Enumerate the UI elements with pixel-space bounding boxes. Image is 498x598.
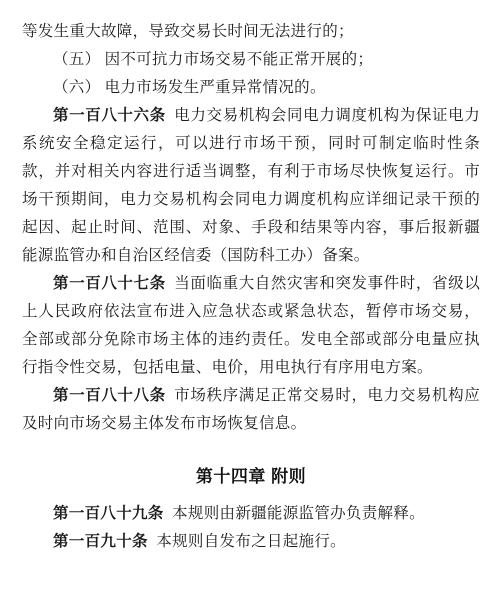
paragraph-text: （六） 电力市场发生严重异常情况的。 [53,79,326,96]
article-number: 第一百八十六条 [53,107,166,124]
article-number: 第一百八十八条 [53,387,166,404]
article-188-paragraph: 第一百八十八条市场秩序满足正常交易时，电力交易机构应及时向市场交易主体发布市场恢… [22,382,480,438]
article-number: 第一百八十九条 [53,505,164,522]
article-text: 本规则自发布之日起施行。 [156,533,346,550]
document-page: 等发生重大故障，导致交易长时间无法进行的； （五） 因不可抗力市场交易不能正常开… [0,0,498,598]
paragraph-text: （五） 因不可抗力市场交易不能正常开展的； [53,51,373,68]
document-body: 等发生重大故障，导致交易长时间无法进行的； （五） 因不可抗力市场交易不能正常开… [0,0,498,556]
paragraph-continuation: 等发生重大故障，导致交易长时间无法进行的； [22,18,480,46]
article-text: 电力交易机构会同电力调度机构为保证电力系统安全稳定运行，可以进行市场干预，同时可… [22,107,480,264]
article-number: 第一百八十七条 [53,275,166,292]
list-item-5: （五） 因不可抗力市场交易不能正常开展的； [22,46,480,74]
article-text: 本规则由新疆能源监管办负责解释。 [172,505,425,522]
list-item-6: （六） 电力市场发生严重异常情况的。 [22,74,480,102]
article-189-paragraph: 第一百八十九条本规则由新疆能源监管办负责解释。 [22,500,480,528]
article-number: 第一百九十条 [53,533,148,550]
article-186-paragraph: 第一百八十六条电力交易机构会同电力调度机构为保证电力系统安全稳定运行，可以进行市… [22,102,480,270]
chapter-heading: 第十四章 附则 [22,464,480,490]
paragraph-text: 等发生重大故障，导致交易长时间无法进行的； [22,23,354,40]
article-187-paragraph: 第一百八十七条当面临重大自然灾害和突发事件时，省级以上人民政府依法宣布进入应急状… [22,270,480,382]
article-190-paragraph: 第一百九十条本规则自发布之日起施行。 [22,528,480,556]
